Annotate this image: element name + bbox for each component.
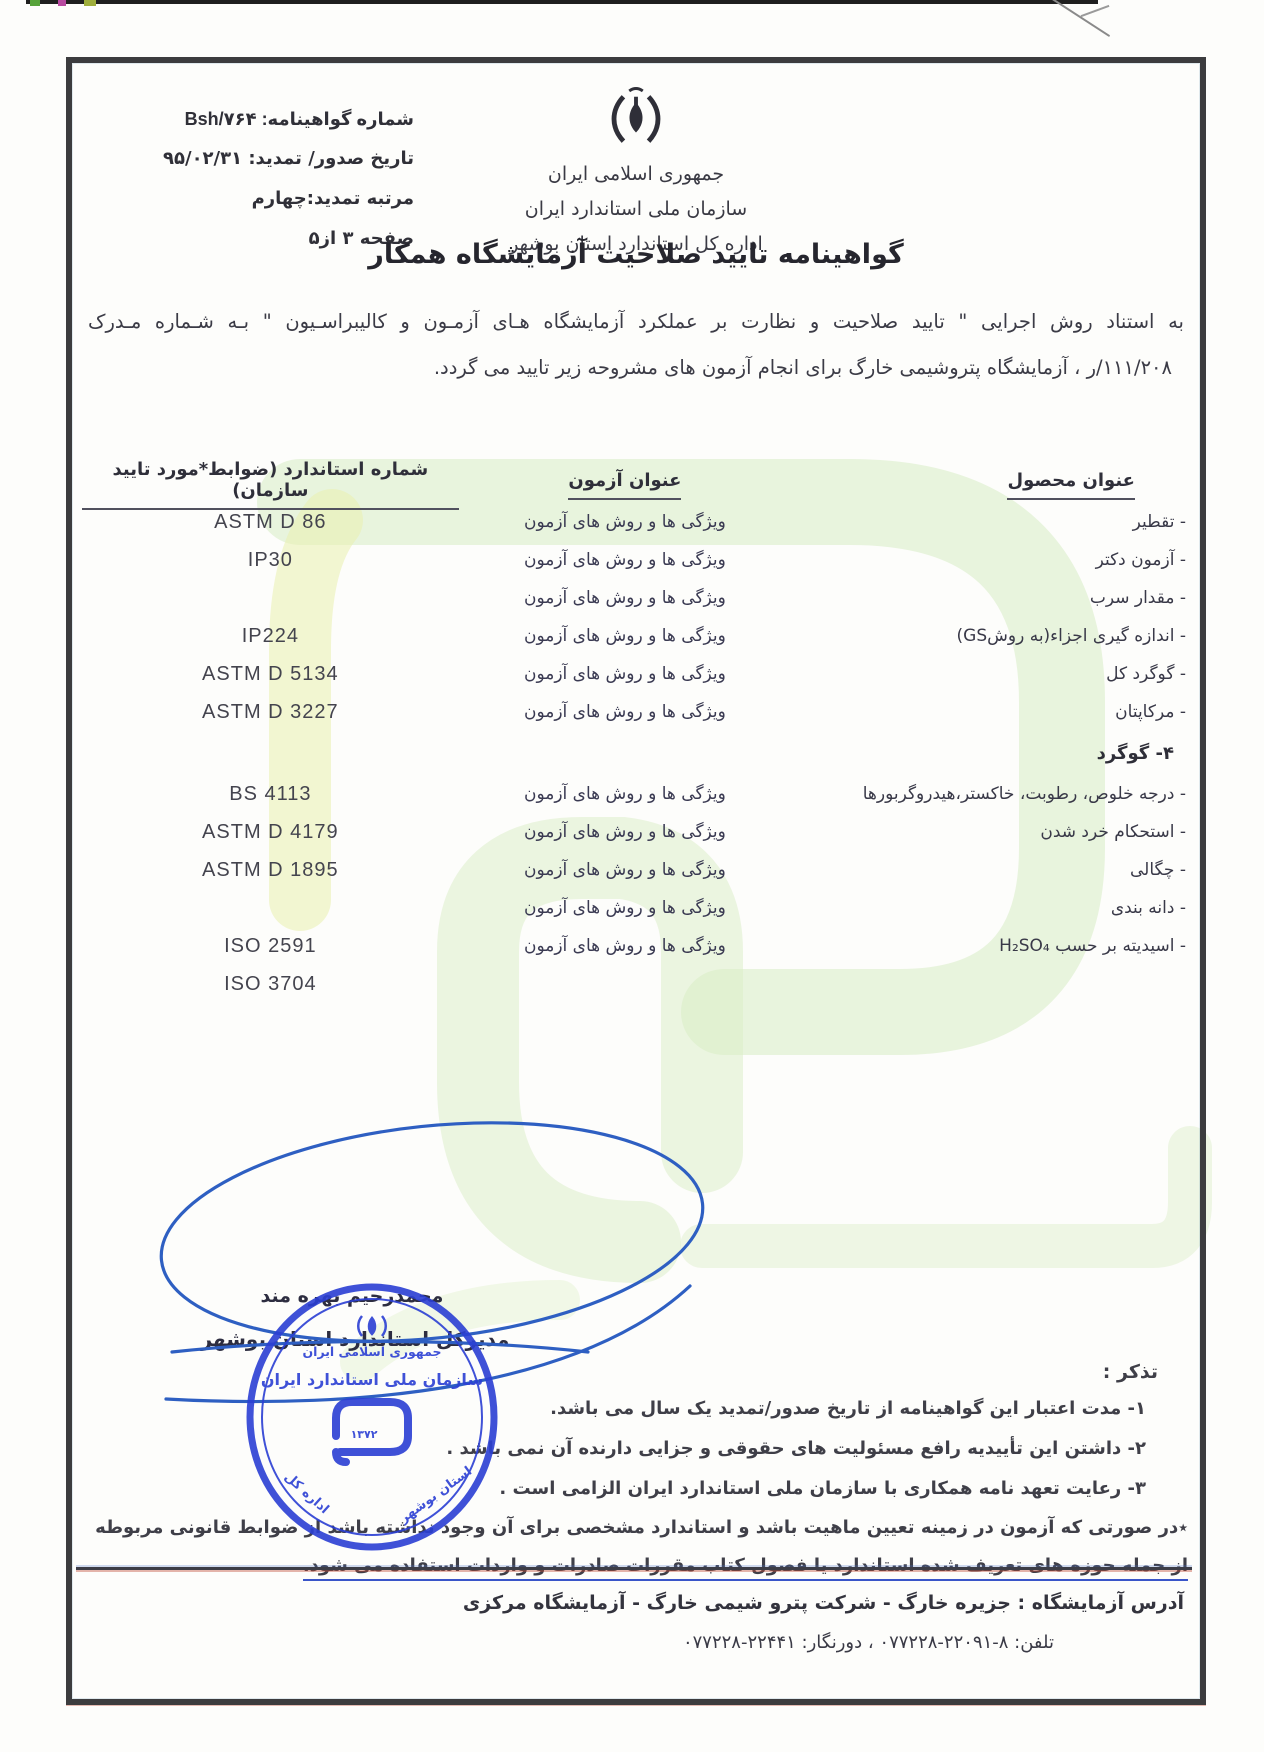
certificate-border-frame: شماره گواهینامه: Bsh/۷۶۴ تاریخ صدور/ تمد… [66,57,1206,1705]
tests-table: شماره استاندارد (ضوابط*مورد تایید سازمان… [82,459,1190,1003]
certificate-number: شماره گواهینامه: Bsh/۷۶۴ [114,99,414,139]
document-title: گواهینامه تایید صلاحیت آزمایشگاه همکار [356,239,916,270]
product-cell: - آزمون دکتر [791,550,1190,570]
standard-cell: ASTM D 1895 [82,859,459,882]
table-row: ASTM D 3227ویژگی ها و روش های آزمون- مرک… [82,693,1190,731]
scan-noise-dot [30,0,40,6]
intro-paragraph: به استناد روش اجرایی " تایید صلاحیت و نظ… [88,299,1184,391]
laboratory-phone-fax: تلفن: ۸-۲۲۰۹۱-۰۷۷۲۲۸ ، دورنگار: ۲۲۴۴۱-۰۷… [88,1623,1054,1663]
intro-line-2: ۱۱۱/۲۰۸/ر ، آزمایشگاه پتروشیمی خارگ برای… [88,345,1184,391]
test-name-cell: ویژگی ها و روش های آزمون [459,860,791,880]
standard-cell: IP30 [82,549,459,572]
certificate-meta-block: شماره گواهینامه: Bsh/۷۶۴ تاریخ صدور/ تمد… [114,99,414,259]
table-row: ASTM D 1895ویژگی ها و روش های آزمون- چگا… [82,851,1190,889]
issue-renewal-date: تاریخ صدور/ تمدید: ۹۵/۰۲/۳۱ [114,139,414,179]
column-header-standard: شماره استاندارد (ضوابط*مورد تایید سازمان… [82,459,459,510]
product-cell: ۴- گوگرد [791,743,1190,764]
test-name-cell: ویژگی ها و روش های آزمون [459,664,791,684]
certificate-page: شماره گواهینامه: Bsh/۷۶۴ تاریخ صدور/ تمد… [0,0,1264,1752]
scan-edge-artifact [26,0,1098,4]
standard-cell: BS 4113 [82,783,459,806]
renewal-rank: مرتبه تمدید:چهارم [114,179,414,219]
product-cell: - استحکام خرد شدن [791,822,1190,842]
test-name-cell: ویژگی ها و روش های آزمون [459,550,791,570]
star-note-line-2: از جمله حوزه های تعریف شده استاندارد یا … [88,1547,1188,1585]
table-row: ASTM D 5134ویژگی ها و روش های آزمون- گوگ… [82,655,1190,693]
test-name-cell: ویژگی ها و روش های آزمون [459,822,791,842]
table-row: IP30ویژگی ها و روش های آزمون- آزمون دکتر [82,541,1190,579]
note-line: ۳- رعایت تعهد نامه همکاری با سازمان ملی … [88,1469,1188,1509]
test-name-cell: ویژگی ها و روش های آزمون [459,512,791,532]
test-name-cell: ویژگی ها و روش های آزمون [459,784,791,804]
laboratory-address: آدرس آزمایشگاه : جزیره خارگ - شرکت پترو … [88,1583,1184,1623]
product-cell: - درجه خلوص، رطوبت، خاکستر،هیدروگربورها [791,784,1190,804]
table-row: ISO 2591ویژگی ها و روش های آزمون- اسیدیت… [82,927,1190,965]
org-line-country: جمهوری اسلامی ایران [456,157,816,192]
test-name-cell: ویژگی ها و روش های آزمون [459,702,791,722]
footer-divider [76,1567,1192,1570]
intro-line-1: به استناد روش اجرایی " تایید صلاحیت و نظ… [88,299,1184,345]
org-header: جمهوری اسلامی ایران سازمان ملی استاندارد… [456,87,816,262]
standard-cell: ISO 2591 [82,935,459,958]
note-line: ۲- داشتن این تأییدیه رافع مسئولیت های حق… [88,1429,1188,1469]
table-row: ویژگی ها و روش های آزمون- مقدار سرب [82,579,1190,617]
product-cell: - تقطیر [791,512,1190,532]
org-line-organization: سازمان ملی استاندارد ایران [456,192,816,227]
pen-mark-artifact [1044,0,1111,37]
table-row: ویژگی ها و روش های آزمون- دانه بندی [82,889,1190,927]
test-table-rows: ASTM D 86ویژگی ها و روش های آزمون- تقطیر… [82,503,1190,1003]
standard-cell: IP224 [82,625,459,648]
table-row: IP224ویژگی ها و روش های آزمون- اندازه گی… [82,617,1190,655]
note-line: ۱- مدت اعتبار این گواهینامه از تاریخ صدو… [88,1389,1188,1429]
table-section-row: ۴- گوگرد [82,731,1190,775]
standard-cell: ASTM D 86 [82,511,459,534]
table-row: BS 4113ویژگی ها و روش های آزمون- درجه خل… [82,775,1190,813]
product-cell: - مقدار سرب [791,588,1190,608]
column-header-test: عنوان آزمون [459,470,791,500]
signatory-title: مدیرکل استاندارد استان بوشهر [190,1327,520,1351]
pen-mark-artifact [1081,5,1110,17]
column-header-product: عنوان محصول [791,470,1190,500]
product-cell: - گوگرد کل [791,664,1190,684]
signatory-name: محمدرحیم بهره مند [222,1285,482,1307]
product-cell: - مرکاپتان [791,702,1190,722]
scan-noise-dot [58,0,66,6]
notes-section: تذکر : ۱- مدت اعتبار این گواهینامه از تا… [88,1355,1188,1585]
product-cell: - اندازه گیری اجزاء(به روشGS) [791,626,1190,646]
test-name-cell: ویژگی ها و روش های آزمون [459,936,791,956]
standard-cell: ISO 3704 [82,973,459,996]
table-row: ASTM D 4179ویژگی ها و روش های آزمون- است… [82,813,1190,851]
isiri-emblem-icon [607,87,665,149]
scan-noise-dot [84,0,96,6]
product-cell: - چگالی [791,860,1190,880]
notes-label: تذکر : [88,1355,1188,1389]
standard-cell: ASTM D 5134 [82,663,459,686]
product-cell: - اسیدیته بر حسب H₂SO₄ [791,936,1190,956]
product-cell: - دانه بندی [791,898,1190,918]
table-row: ISO 3704 [82,965,1190,1003]
test-name-cell: ویژگی ها و روش های آزمون [459,588,791,608]
table-header-row: شماره استاندارد (ضوابط*مورد تایید سازمان… [82,459,1190,503]
test-name-cell: ویژگی ها و روش های آزمون [459,626,791,646]
test-name-cell: ویژگی ها و روش های آزمون [459,898,791,918]
notes-list: ۱- مدت اعتبار این گواهینامه از تاریخ صدو… [88,1389,1188,1509]
standard-cell: ASTM D 4179 [82,821,459,844]
star-note-line-1: ٭در صورتی که آزمون در زمینه تعیین ماهیت … [88,1509,1188,1547]
standard-cell: ASTM D 3227 [82,701,459,724]
